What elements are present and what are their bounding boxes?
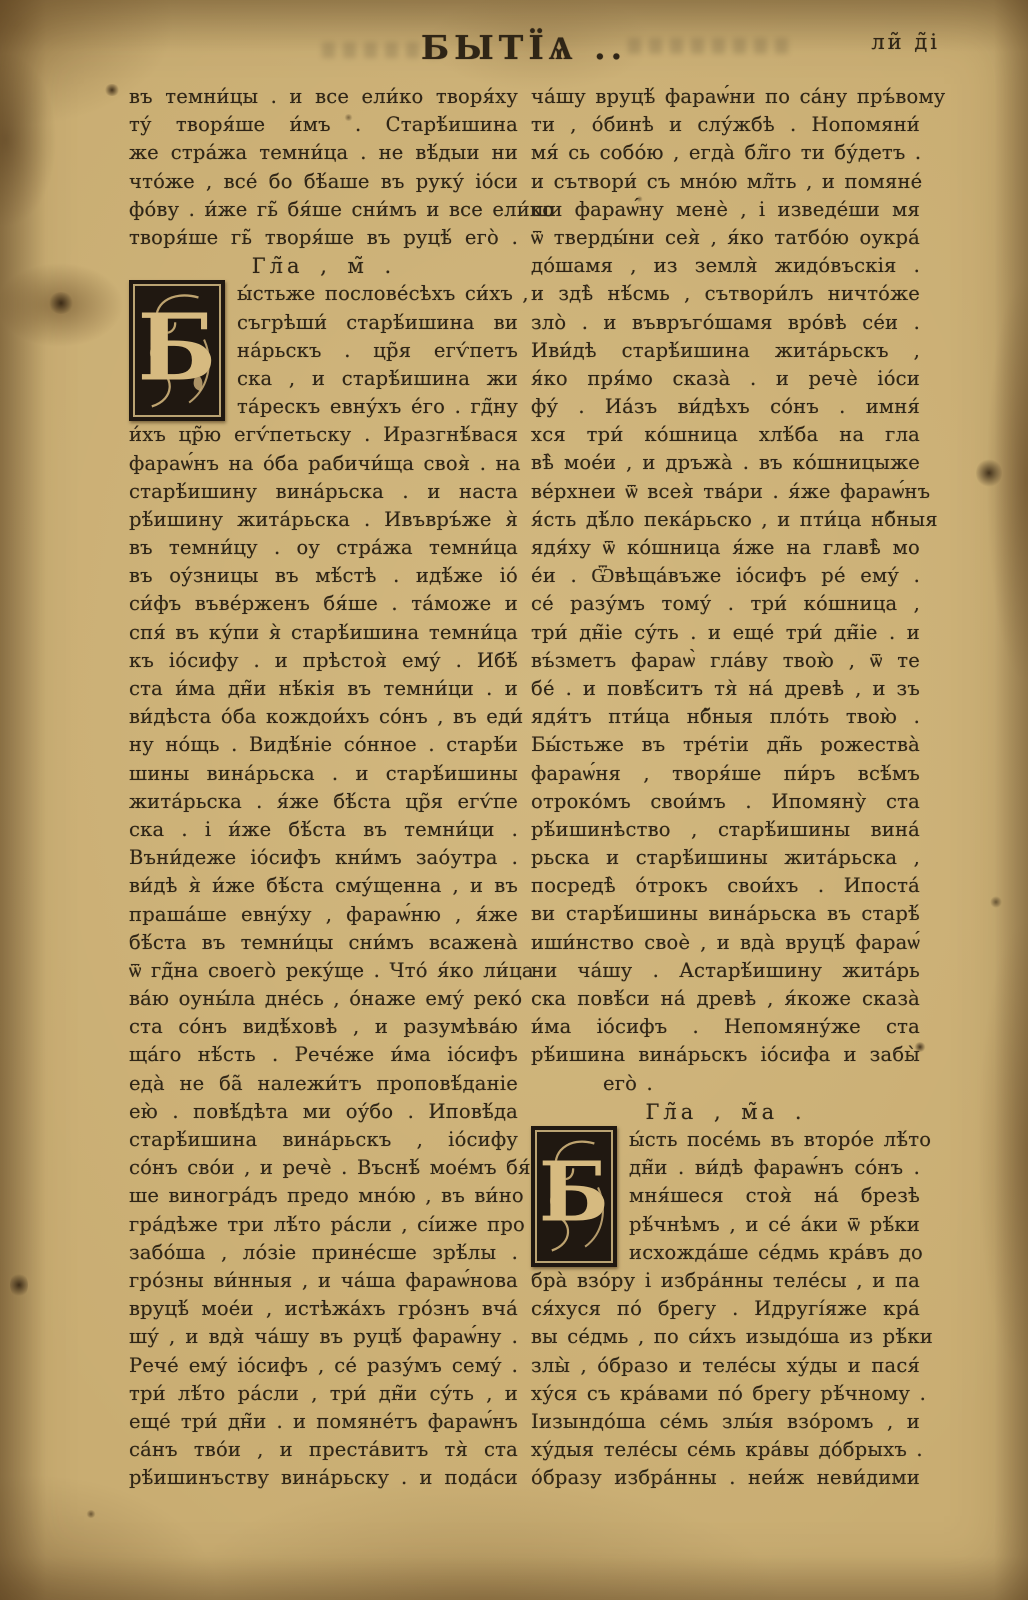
text-line: три́ лѣ́то ра́сли , три́ дн̃и су́ть , и	[129, 1380, 518, 1408]
text-line: вруцѣ́ мое́и , истѣжа́хъ гро́знъ вча́	[129, 1295, 518, 1323]
text-line: въ оу́зницы въ мѣ́стѣ . идѣ́же іо́	[129, 562, 518, 590]
paper-stain	[344, 114, 353, 121]
text-line: мя́ сь собо́ю , егда̀ бл̃го ти бу́детъ .	[531, 139, 920, 167]
paper-stain	[990, 896, 1002, 908]
text-line: рѣ́ишину жита́рьска . Ивъвръ́же я̀	[129, 506, 518, 534]
text-line: Іизындо́ша се́мь злы́я взо́ромъ , и	[531, 1408, 920, 1436]
paper-stain	[636, 196, 643, 202]
text-line: фараѡ́ня , творя́ше пи́ръ всѣ́мъ	[531, 760, 920, 788]
initial-row-chapter-40: Б ы́стьже послове́сѣхъ си́хъ ,съгрѣши́ с…	[129, 280, 518, 421]
text-line: старѣ́ишина вина́рьскъ , іо́сифу	[129, 1126, 518, 1154]
text-line: ви старѣ́ишины вина́рьска въ старѣ́	[531, 900, 920, 928]
paper-stain	[10, 1272, 28, 1298]
text-line: и́хъ цр̃ю егѵ́петьску . Иразгнѣ́вася	[129, 421, 518, 449]
text-line: старѣ́ишину вина́рьска . и наста	[129, 478, 518, 506]
text-line: ща́го нѣ́сть . Рече́же и́ма іо́сифъ	[129, 1041, 518, 1069]
drop-cap-initial: Б	[531, 1126, 617, 1267]
chapter-heading-41: Гл̃а , м̃а .	[531, 1098, 920, 1126]
folio-number: ли̃ д̃і	[871, 30, 940, 54]
text-line: и сътвори́ съ мно́ю мл̃ть , и помяне́	[531, 168, 920, 196]
text-line: ве́рхнеи ѿ всея̀ тва́ри . я́же фараѡ́нъ	[531, 478, 920, 506]
text-line: бра̀ взо́ру і избра́нны теле́сы , и па	[531, 1267, 920, 1295]
text-line: мня́шеся стоя̀ на́ брезѣ	[629, 1182, 920, 1210]
paper-stain	[86, 1510, 96, 1518]
paragraph-chapter-41-body: бра̀ взо́ру і избра́нны теле́сы , и пася…	[531, 1267, 920, 1493]
text-line: творя́ше гь̃ творя́ше въ руцѣ́ его̀ .	[129, 224, 518, 252]
text-line: зло̀ . и въвръго́шамя вро́вѣ се́и .	[531, 309, 920, 337]
initial-row-chapter-41: Б ы́сть посе́мь въ второ́е лѣ́тодн̃и . в…	[531, 1126, 920, 1267]
text-line: дн̃и . ви́дѣ фараѡ́нъ со́нъ .	[629, 1154, 920, 1182]
text-line: ши фараѡ́ну менѐ , і изведе́ши мя	[531, 196, 920, 224]
text-line: я́сть дѣ́ло пека́рьско , и пти́ца нб̃ныя	[531, 506, 920, 534]
text-line: хся три́ ко́шница хлѣ́ба на гла	[531, 421, 920, 449]
paragraph-end-line: его̀ .	[531, 1070, 920, 1098]
text-line: ху́ся съ кра́вами по́ брегу рѣ́чному .	[531, 1380, 920, 1408]
text-line: се́ разу́мъ тому́ . три́ ко́шница ,	[531, 590, 920, 618]
text-line: ы́стьже послове́сѣхъ си́хъ ,	[237, 280, 518, 308]
text-line: жита́рьска . я́же бѣ́ста цр̃я егѵ́пе	[129, 788, 518, 816]
drop-cap-letter: Б	[135, 301, 219, 393]
text-line: ви́дѣ я̀ и́же бѣ́ста сму́щенна , и въ	[129, 872, 518, 900]
text-line: что́же , все́ бо бѣ́аше въ руку́ іо́си	[129, 168, 518, 196]
chapter-heading-40: Гл̃а , м̃ .	[129, 252, 518, 280]
text-line: фараѡ́нъ на о́ба рабичи́ща своя̀ . на	[129, 450, 518, 478]
text-line: шины вина́рьска . и старѣ́ишины	[129, 760, 518, 788]
text-line: въ темни́цы . и все ели́ко творя́ху	[129, 83, 518, 111]
paper-stain	[48, 292, 74, 314]
text-line: ядя́ху ѿ ко́шница я́же на главѣ̀ мо	[531, 534, 920, 562]
text-line: ху́дыя теле́сы се́мь кра́вы до́брыхъ .	[531, 1436, 920, 1464]
paper-stain	[914, 1042, 926, 1052]
drop-cap-letter: Б	[537, 1152, 611, 1234]
text-line: еда̀ не ба̃ належи́тъ проповѣ́даніе	[129, 1070, 518, 1098]
text-line: ста и́ма дн̃и нѣ́кія въ темни́ци . и	[129, 675, 518, 703]
text-line: ѿ тверды́ни сея̀ , я́ко татбо́ю оукра́	[531, 224, 920, 252]
text-line: исхожда́ше се́дмь кра́въ до	[629, 1239, 920, 1267]
text-line: и́ма іо́сифъ . Непомяну́же ста	[531, 1013, 920, 1041]
text-line: иши́нство своѐ , и вда̀ вруцѣ́ фараѡ́	[531, 929, 920, 957]
text-column-right: ча́шу вруцѣ́ фараѡ́ни по са́ну пръ́вомут…	[531, 83, 920, 1492]
drop-cap-frame: Б	[535, 1130, 613, 1263]
text-line: ею̀ . повѣ́дѣта ми оу́бо . Иповѣ́да	[129, 1098, 518, 1126]
text-line: къ іо́сифу . и прѣстоя̀ ему́ . Ибѣ́	[129, 647, 518, 675]
text-line: въ́зметъ фараѡ̀ гла́ву твою̀ , ѿ те	[531, 647, 920, 675]
manuscript-page: БЫТЇѦ .. ли̃ д̃і въ темни́цы . и все ели…	[0, 0, 1028, 1600]
text-line: съгрѣши́ старѣ́ишина ви	[237, 309, 518, 337]
text-line: ска повѣ́си на́ древѣ , я́коже сказа̀	[531, 985, 920, 1013]
text-line: ядя́тъ пти́ца нб̃ныя пло́ть твою̀ .	[531, 703, 920, 731]
text-line: ни ча́шу . Астарѣ́ишину жита́рь	[531, 957, 920, 985]
text-line: ска . і и́же бѣ́ста въ темни́ци .	[129, 816, 518, 844]
text-line: рѣ́ишинъству вина́рьску . и пода́си	[129, 1464, 518, 1492]
text-line: забо́ша , ло́зіе прине́сше зрѣ́лы .	[129, 1239, 518, 1267]
text-line: злы̀ , о́бразо и теле́сы ху́ды и пася́	[531, 1352, 920, 1380]
text-line: я́ко пря́мо сказа̀ . и речѐ іо́си	[531, 365, 920, 393]
text-line: и здѣ̀ нѣ́смь , сътвори́лъ ничто́же	[531, 280, 920, 308]
text-line: рѣ́ишина вина́рьскъ іо́сифа и забы̀	[531, 1041, 920, 1069]
text-line: на́рьскъ . цр̃я егѵ́петъ	[237, 337, 518, 365]
text-line: три́ дн̃іе су́ть . и еще́ три́ дн̃іе . и	[531, 619, 920, 647]
text-line: гро́зны ви́нныя , и ча́ша фараѡ́нова	[129, 1267, 518, 1295]
text-line: фу́ . Иа́зъ ви́дѣхъ со́нъ . имня́	[531, 393, 920, 421]
paragraph-chapter-41-start: ы́сть посе́мь въ второ́е лѣ́тодн̃и . ви́…	[629, 1126, 920, 1267]
text-line: ы́сть посе́мь въ второ́е лѣ́то	[629, 1126, 920, 1154]
text-line: же стра́жа темни́ца . не вѣ́дыи ни	[129, 139, 518, 167]
paper-stain	[976, 458, 1002, 488]
text-line: въ темни́цу . оу стра́жа темни́ца	[129, 534, 518, 562]
text-line: е́и . Ѿвѣща́въже іо́сифъ ре́ ему́ .	[531, 562, 920, 590]
text-line: ѿ гд̃на своего̀ реку́ще . Что́ я́ко ли́ц…	[129, 957, 518, 985]
text-line: гра́дѣже три лѣ́то ра́сли , сі́иже про	[129, 1211, 518, 1239]
text-line: отроко́мъ свои́мъ . Ипомяну̀ ста	[531, 788, 920, 816]
text-line: спя́ въ ку́пи я̀ старѣ́ишина темни́ца	[129, 619, 518, 647]
text-line: рьска и старѣ́ишины жита́рьска ,	[531, 844, 920, 872]
text-line: фо́ву . и́же гь̃ бя́ше сни́мъ и все ели́…	[129, 196, 518, 224]
text-line: ту́ творя́ше и́мъ . Старѣ́ишина	[129, 111, 518, 139]
text-line: та́рескъ евну́хъ е́го . гд̃ну	[237, 393, 518, 421]
paragraph-chapter-40-start: ы́стьже послове́сѣхъ си́хъ ,съгрѣши́ ста…	[237, 280, 518, 421]
text-line: со́нъ сво́и , и речѐ . Въснѣ́ мое́мъ бя́	[129, 1154, 518, 1182]
text-line: ти , о́бинѣ и слу́жбѣ . Нопомяни́	[531, 111, 920, 139]
text-column-left: въ темни́цы . и все ели́ко творя́хуту́ т…	[129, 83, 518, 1492]
text-line: са́нъ тво́и , и преста́витъ тя̀ ста	[129, 1436, 518, 1464]
text-line: о́бразу избра́нны . неи́ж неви́дими	[531, 1464, 920, 1492]
text-line: ше виногра́дъ предо мно́ю , въ ви́но	[129, 1182, 518, 1210]
text-line: шу́ , и вдя̀ ча́шу въ руцѣ́ фараѡ́ну .	[129, 1323, 518, 1351]
text-line: ви́дѣста о́ба кождои́хъ со́нъ , въ еди́	[129, 703, 518, 731]
text-line: Бы́стьже въ тре́тіи дн̃ь рожества̀	[531, 731, 920, 759]
text-line: ну но́щь . Видѣ́ніе со́нное . старѣ́и	[129, 731, 518, 759]
text-line: Рече́ ему́ іо́сифъ , се́ разу́мъ сему́ .	[129, 1352, 518, 1380]
paragraph-chapter-40-continued: ча́шу вруцѣ́ фараѡ́ни по са́ну пръ́вомут…	[531, 83, 920, 1070]
text-line: вѣ̀ мое́и , и дръжа̀ . въ ко́шницыже	[531, 449, 920, 477]
text-line: еще́ три́ дн̃и . и помяне́тъ фараѡ́нъ	[129, 1408, 518, 1436]
drop-cap-initial: Б	[129, 280, 225, 421]
drop-cap-frame: Б	[133, 284, 221, 417]
text-line: ча́шу вруцѣ́ фараѡ́ни по са́ну пръ́вому	[531, 83, 920, 111]
paragraph-genesis-39-end: въ темни́цы . и все ели́ко творя́хуту́ т…	[129, 83, 518, 252]
text-line: бе́ . и повѣ́ситъ тя̀ на́ древѣ , и зъ	[531, 675, 920, 703]
text-line: Въни́деже іо́сифъ кни́мъ зао́утра .	[129, 844, 518, 872]
text-line: рѣ́ишинѣство , старѣ́ишины вина́	[531, 816, 920, 844]
paragraph-chapter-40-body: и́хъ цр̃ю егѵ́петьску . Иразгнѣ́васяфара…	[129, 421, 518, 1492]
text-line: рѣ́чнѣмъ , и се́ а́ки ѿ рѣ́ки	[629, 1211, 920, 1239]
text-line: ся́хуся по́ брегу . Идругі́яже кра́	[531, 1295, 920, 1323]
text-line: до́шамя , из земля̀ жидо́въскія .	[531, 252, 920, 280]
text-line: ва́ю оуны́ла дне́сь , о́наже ему́ реко́	[129, 985, 518, 1013]
text-line: ска , и старѣ́ишина жи	[237, 365, 518, 393]
text-line: Иви́дѣ старѣ́ишина жита́рьскъ ,	[531, 337, 920, 365]
text-line: ста со́нъ видѣ́ховѣ , и разумѣва́ю	[129, 1013, 518, 1041]
text-line: вы се́дмь , по си́хъ изыдо́ша из рѣ́ки	[531, 1323, 920, 1351]
text-line: посредѣ̀ о́трокъ свои́хъ . Ипоста́	[531, 872, 920, 900]
text-line: бѣ́ста въ темни́цы сни́мъ всажена̀	[129, 929, 518, 957]
text-line: праша́ше евну́ху , фараѡ́ню , я́же	[129, 901, 518, 929]
paper-stain	[104, 84, 120, 96]
text-line: си́фъ въве́рженъ бя́ше . та́може и	[129, 590, 518, 618]
